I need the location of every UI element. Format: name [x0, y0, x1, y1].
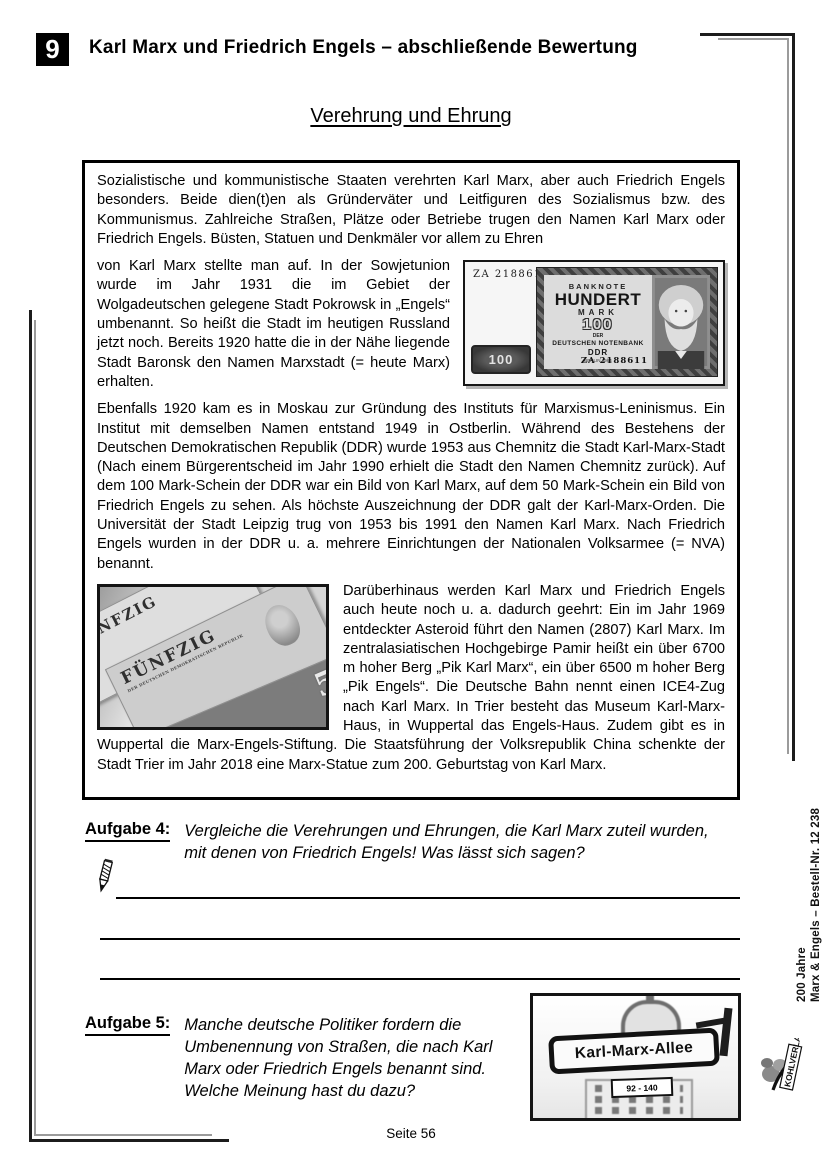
banknote-issuer-bank: DEUTSCHEN NOTENBANK — [552, 340, 643, 347]
task-5-text: Manche deutsche Politiker fordern die Um… — [184, 1014, 516, 1102]
marx-portrait — [652, 275, 710, 369]
marx-portrait-art — [652, 275, 710, 369]
margin-edition-line1: 200 Jahre — [796, 774, 810, 1002]
street-sign: Karl-Marx-Allee — [548, 1028, 720, 1075]
corner-mark-right-vertical-inner — [787, 38, 789, 754]
kohl-verlag-logo: KOHLVERLAG — [758, 1038, 810, 1096]
paragraph-with-money-photo: FÜNFZIG FÜNFZIG 1971 FÜNFZIG DER DEUTSCH… — [97, 582, 725, 783]
page-title: Karl Marx und Friedrich Engels – abschli… — [89, 37, 638, 59]
writing-line-1[interactable] — [116, 880, 740, 899]
task-4-text: Vergleiche die Verehrungen und Ehrungen,… — [184, 820, 729, 864]
sign-bracket — [720, 1008, 733, 1057]
banknote: BANKNOTE HUNDERT MARK 100 DER DEUTSCHEN … — [536, 267, 718, 377]
banknote-100-mark-image: ZA 2188611 BANKNOTE HUNDERT MARK 100 DER… — [463, 260, 725, 386]
task-4-label: Aufgabe 4: — [85, 820, 170, 842]
window-row — [595, 1107, 683, 1114]
corner-mark-right-vertical — [792, 33, 795, 761]
task-5-label: Aufgabe 5: — [85, 1014, 170, 1036]
banknote-serial-bottom: ZA 2188611 — [581, 356, 648, 366]
banknote-value-word: HUNDERT — [555, 292, 642, 307]
banknote-corner-value: 100 — [471, 345, 531, 374]
banknote-text-block: BANKNOTE HUNDERT MARK 100 DER DEUTSCHEN … — [544, 275, 652, 369]
info-box: Sozialistische und kommunistische Staate… — [82, 160, 740, 800]
banknote-issuer-der: DER — [593, 333, 604, 339]
paragraph-with-banknote: ZA 2188611 BANKNOTE HUNDERT MARK 100 DER… — [97, 257, 725, 400]
fifty-mark-notes-photo: FÜNFZIG FÜNFZIG 1971 FÜNFZIG DER DEUTSCH… — [97, 584, 329, 730]
corner-mark-left-vertical-inner — [34, 320, 36, 1134]
pencil-icon — [92, 858, 116, 901]
paragraph-1: Sozialistische und kommunistische Staate… — [97, 172, 725, 249]
section-heading: Verehrung und Ehrung — [82, 105, 740, 128]
worksheet-page: { "page": { "badge": "9", "title": "Karl… — [0, 0, 827, 1169]
margin-edition-line2: Marx & Engels – Bestell-Nr. 12 238 — [810, 774, 824, 1002]
karl-marx-allee-photo: Karl-Marx-Allee 92 - 140 — [530, 993, 741, 1121]
corner-mark-top-right-horizontal — [700, 33, 795, 36]
chapter-number-badge: 9 — [36, 33, 69, 66]
writing-line-3[interactable] — [100, 961, 740, 980]
banknote-inner: BANKNOTE HUNDERT MARK 100 DER DEUTSCHEN … — [544, 275, 710, 369]
margin-edition-info: 200 Jahre Marx & Engels – Bestell-Nr. 12… — [796, 774, 823, 1002]
corner-mark-top-right-horizontal-inner — [718, 38, 788, 40]
task-4: Aufgabe 4: Vergleiche die Verehrungen un… — [85, 820, 735, 864]
banknote-value-number: 100 — [582, 318, 613, 332]
corner-mark-left-vertical — [29, 310, 32, 1141]
page-number: Seite 56 — [82, 1126, 740, 1141]
paragraph-2: Ebenfalls 1920 kam es in Moskau zur Grün… — [97, 400, 725, 574]
street-sign-numbers: 92 - 140 — [611, 1077, 674, 1098]
writing-line-2[interactable] — [100, 921, 740, 940]
task-5: Aufgabe 5: Manche deutsche Politiker for… — [85, 1014, 530, 1102]
street-sign-name: Karl-Marx-Allee — [575, 1039, 694, 1063]
